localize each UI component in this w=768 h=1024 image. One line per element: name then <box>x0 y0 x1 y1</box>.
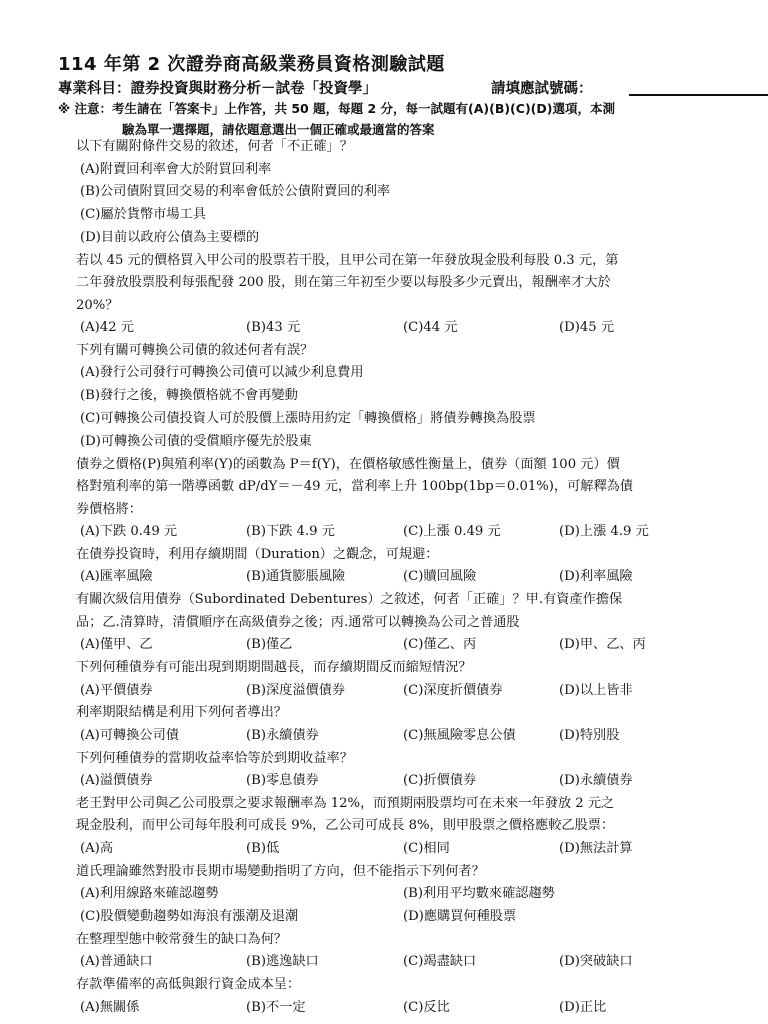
answer-option: (A)無關係 <box>80 997 246 1020</box>
answer-option: (B)43 元 <box>246 317 403 340</box>
question-stem: 利率期限結構是利用下列何者導出？ <box>76 702 716 725</box>
answer-options-row: (A)普通缺口(B)逃逸缺口(C)竭盡缺口(D)突破缺口 <box>76 951 716 974</box>
question-item: 債券之價格(P)與殖利率(Y)的函數為 P＝f(Y)，在價格敏感性衡量上，債券（… <box>76 454 716 544</box>
exam-number-label: 請填應試號碼： <box>491 77 593 98</box>
answer-option: (B)低 <box>246 838 403 861</box>
answer-option: (A)可轉換公司債 <box>80 725 246 748</box>
exam-page: 114 年第 2 次證券商高級業務員資格測驗試題 專業科目：證券投資與財務分析－… <box>0 0 768 1024</box>
question-stem: 二年發放股票股利每張配發 200 股，則在第三年初至少要以每股多少元賣出，報酬率… <box>76 272 716 295</box>
question-item: 有關次級信用債券（Subordinated Debentures）之敘述，何者「… <box>76 589 716 657</box>
answer-option: (D)目前以政府公債為主要標的 <box>76 227 716 250</box>
question-stem: 現金股利，而甲公司每年股利可成長 9%，乙公司可成長 8%，則甲股票之價格應較乙… <box>76 815 716 838</box>
answer-option: (A)僅甲、乙 <box>80 634 246 657</box>
answer-option: (C)竭盡缺口 <box>403 951 559 974</box>
answer-option: (C)可轉換公司債投資人可於股價上漲時用約定「轉換價格」將債券轉換為股票 <box>76 408 716 431</box>
answer-options-row: (A)僅甲、乙(B)僅乙(C)僅乙、丙(D)甲、乙、丙 <box>76 634 716 657</box>
answer-options-row: (A)42 元(B)43 元(C)44 元(D)45 元 <box>76 317 716 340</box>
answer-options-row: (A)高(B)低(C)相同(D)無法計算 <box>76 838 716 861</box>
answer-options-row: (A)平價債券(B)深度溢價債券(C)深度折價債券(D)以上皆非 <box>76 680 716 703</box>
question-item: 下列何種債券有可能出現到期期間越長，而存續期間反而縮短情況？(A)平價債券(B)… <box>76 657 716 702</box>
question-item: 在整理型態中較常發生的缺口為何？(A)普通缺口(B)逃逸缺口(C)竭盡缺口(D)… <box>76 929 716 974</box>
answer-options-row: (C)股價變動趨勢如海浪有漲潮及退潮(D)應購買何種股票 <box>76 906 716 929</box>
question-stem: 券價格將： <box>76 499 716 522</box>
answer-option: (C)屬於貨幣市場工具 <box>76 204 716 227</box>
answer-option: (C)44 元 <box>403 317 559 340</box>
question-stem: 格對殖利率的第一階導函數 dP/dY＝－49 元，當利率上升 100bp(1bp… <box>76 476 716 499</box>
question-stem: 有關次級信用債券（Subordinated Debentures）之敘述，何者「… <box>76 589 716 612</box>
question-stem: 老王對甲公司與乙公司股票之要求報酬率為 12%，而預期兩股票均可在未來一年發放 … <box>76 793 716 816</box>
question-stem: 債券之價格(P)與殖利率(Y)的函數為 P＝f(Y)，在價格敏感性衡量上，債券（… <box>76 454 716 477</box>
page-title: 114 年第 2 次證券商高級業務員資格測驗試題 <box>58 50 445 76</box>
answer-option: (B)發行之後，轉換價格就不會再變動 <box>76 385 716 408</box>
answer-option: (B)通貨膨脹風險 <box>246 566 403 589</box>
answer-option: (D)正比 <box>559 997 606 1020</box>
question-list: 以下有關附條件交易的敘述，何者「不正確」？(A)附賣回利率會大於附買回利率(B)… <box>76 136 716 1019</box>
answer-options-row: (A)匯率風險(B)通貨膨脹風險(C)贖回風險(D)利率風險 <box>76 566 716 589</box>
answer-option: (D)特別股 <box>559 725 619 748</box>
answer-option: (A)普通缺口 <box>80 951 246 974</box>
answer-options-row: (A)下跌 0.49 元(B)下跌 4.9 元(C)上漲 0.49 元(D)上漲… <box>76 521 716 544</box>
answer-options-row: (A)溢價債券(B)零息債券(C)折價債券(D)永續債券 <box>76 770 716 793</box>
answer-option: (A)利用線路來確認趨勢 <box>80 883 403 906</box>
question-stem: 若以 45 元的價格買入甲公司的股票若干股，且甲公司在第一年發放現金股利每股 0… <box>76 250 716 273</box>
answer-option: (C)僅乙、丙 <box>403 634 559 657</box>
question-stem: 20%？ <box>76 295 716 318</box>
answer-option: (C)無風險零息公債 <box>403 725 559 748</box>
answer-option: (C)反比 <box>403 997 559 1020</box>
question-stem: 下列有關可轉換公司債的敘述何者有誤？ <box>76 340 716 363</box>
answer-option: (B)僅乙 <box>246 634 403 657</box>
question-item: 下列何種債券的當期收益率恰等於到期收益率？(A)溢價債券(B)零息債券(C)折價… <box>76 748 716 793</box>
answer-option: (A)溢價債券 <box>80 770 246 793</box>
question-item: 存款準備率的高低與銀行資金成本呈：(A)無關係(B)不一定(C)反比(D)正比 <box>76 974 716 1019</box>
answer-option: (A)高 <box>80 838 246 861</box>
answer-option: (C)折價債券 <box>403 770 559 793</box>
question-stem: 道氏理論雖然對股市長期市場變動指明了方向，但不能指示下列何者？ <box>76 861 716 884</box>
subject-line: 專業科目：證券投資與財務分析－試卷「投資學」 請填應試號碼： <box>58 77 377 98</box>
question-item: 若以 45 元的價格買入甲公司的股票若干股，且甲公司在第一年發放現金股利每股 0… <box>76 250 716 340</box>
answer-option: (B)下跌 4.9 元 <box>246 521 403 544</box>
answer-option: (C)股價變動趨勢如海浪有漲潮及退潮 <box>80 906 403 929</box>
notice-line-1: ※ 注意：考生請在「答案卡」上作答，共 50 題，每題 2 分，每一試題有(A)… <box>58 98 748 119</box>
question-stem: 下列何種債券的當期收益率恰等於到期收益率？ <box>76 748 716 771</box>
question-item: 下列有關可轉換公司債的敘述何者有誤？(A)發行公司發行可轉換公司債可以減少利息費… <box>76 340 716 454</box>
subject-label: 專業科目：證券投資與財務分析－試卷「投資學」 <box>58 81 377 97</box>
answer-options-row: (A)可轉換公司債(B)永續債券(C)無風險零息公債(D)特別股 <box>76 725 716 748</box>
answer-option: (A)匯率風險 <box>80 566 246 589</box>
answer-option: (C)贖回風險 <box>403 566 559 589</box>
exam-number-blank <box>629 94 768 96</box>
answer-option: (A)附賣回利率會大於附買回利率 <box>76 159 716 182</box>
exam-notice: ※ 注意：考生請在「答案卡」上作答，共 50 題，每題 2 分，每一試題有(A)… <box>58 98 748 140</box>
answer-option: (A)下跌 0.49 元 <box>80 521 246 544</box>
question-stem: 下列何種債券有可能出現到期期間越長，而存續期間反而縮短情況？ <box>76 657 716 680</box>
answer-option: (D)甲、乙、丙 <box>559 634 646 657</box>
answer-option: (C)上漲 0.49 元 <box>403 521 559 544</box>
question-stem: 在債券投資時，利用存續期間（Duration）之觀念，可規避： <box>76 544 716 567</box>
answer-option: (A)平價債券 <box>80 680 246 703</box>
answer-option: (B)永續債券 <box>246 725 403 748</box>
answer-options-row: (A)利用線路來確認趨勢(B)利用平均數來確認趨勢 <box>76 883 716 906</box>
answer-options-row: (A)無關係(B)不一定(C)反比(D)正比 <box>76 997 716 1020</box>
answer-option: (D)45 元 <box>559 317 614 340</box>
question-stem: 在整理型態中較常發生的缺口為何？ <box>76 929 716 952</box>
answer-option: (B)深度溢價債券 <box>246 680 403 703</box>
answer-option: (D)應購買何種股票 <box>403 906 516 929</box>
question-item: 老王對甲公司與乙公司股票之要求報酬率為 12%，而預期兩股票均可在未來一年發放 … <box>76 793 716 861</box>
answer-option: (B)公司債附買回交易的利率會低於公債附賣回的利率 <box>76 181 716 204</box>
answer-option: (D)上漲 4.9 元 <box>559 521 649 544</box>
answer-option: (D)以上皆非 <box>559 680 633 703</box>
answer-option: (A)發行公司發行可轉換公司債可以減少利息費用 <box>76 362 716 385</box>
answer-option: (D)永續債券 <box>559 770 633 793</box>
answer-option: (B)零息債券 <box>246 770 403 793</box>
question-item: 利率期限結構是利用下列何者導出？(A)可轉換公司債(B)永續債券(C)無風險零息… <box>76 702 716 747</box>
answer-option: (D)突破缺口 <box>559 951 633 974</box>
question-stem: 以下有關附條件交易的敘述，何者「不正確」？ <box>76 136 716 159</box>
answer-option: (B)利用平均數來確認趨勢 <box>403 883 555 906</box>
question-item: 在債券投資時，利用存續期間（Duration）之觀念，可規避：(A)匯率風險(B… <box>76 544 716 589</box>
answer-option: (C)深度折價債券 <box>403 680 559 703</box>
question-stem: 存款準備率的高低與銀行資金成本呈： <box>76 974 716 997</box>
answer-option: (D)可轉換公司債的受償順序優先於股東 <box>76 431 716 454</box>
question-item: 道氏理論雖然對股市長期市場變動指明了方向，但不能指示下列何者？(A)利用線路來確… <box>76 861 716 929</box>
answer-option: (D)無法計算 <box>559 838 633 861</box>
answer-option: (C)相同 <box>403 838 559 861</box>
question-item: 以下有關附條件交易的敘述，何者「不正確」？(A)附賣回利率會大於附買回利率(B)… <box>76 136 716 250</box>
answer-option: (B)逃逸缺口 <box>246 951 403 974</box>
answer-option: (A)42 元 <box>80 317 246 340</box>
question-stem: 品；乙.清算時，清償順序在高級債券之後；丙.通常可以轉換為公司之普通股 <box>76 612 716 635</box>
answer-option: (D)利率風險 <box>559 566 633 589</box>
answer-option: (B)不一定 <box>246 997 403 1020</box>
